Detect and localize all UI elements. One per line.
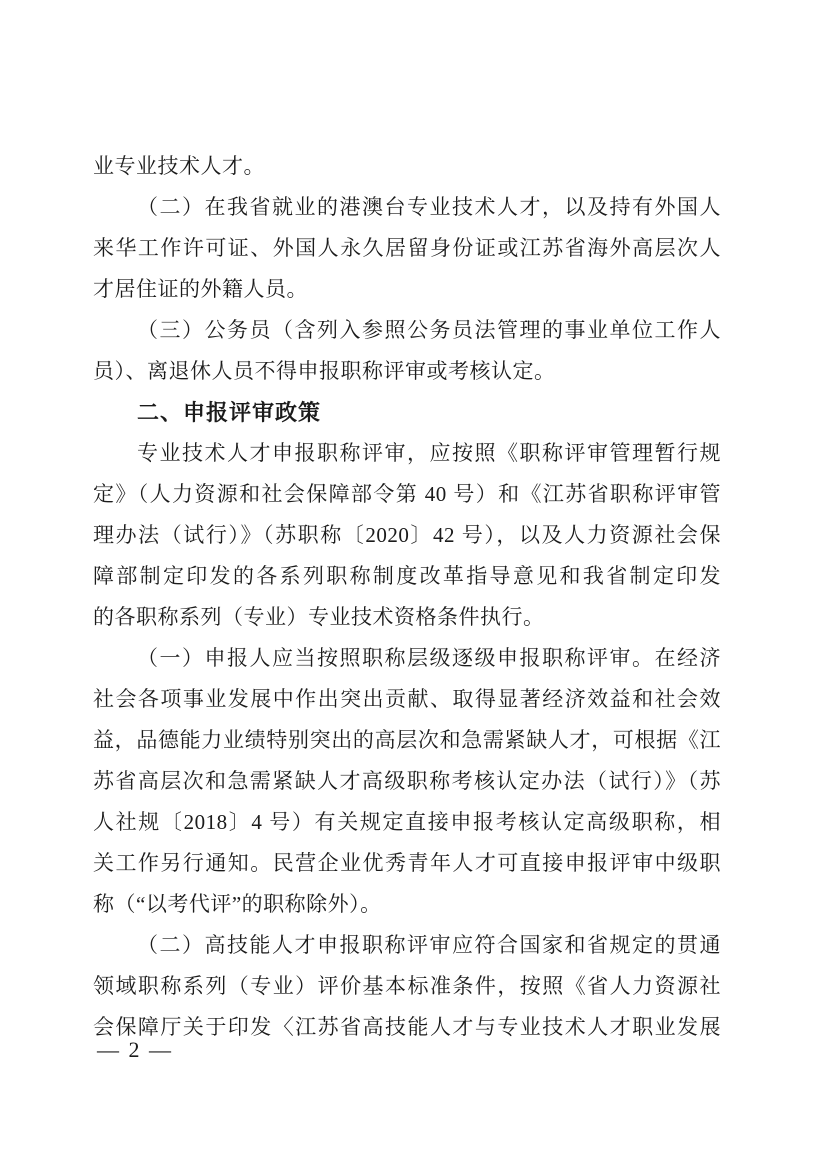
text-line: 社会各项事业发展中作出突出贡献、取得显著经济效益和社会效 <box>93 679 721 720</box>
text-line: 理办法（试行）》（苏职称〔2020〕42 号），以及人力资源社会保 <box>93 515 721 556</box>
text-line: 关工作另行通知。民营企业优秀青年人才可直接申报评审中级职 <box>93 843 721 884</box>
document-page: 业专业技术人才。 （二）在我省就业的港澳台专业技术人才，以及持有外国人 来华工作… <box>0 0 827 1170</box>
text-line: 专业技术人才申报职称评审，应按照《职称评审管理暂行规 <box>93 433 721 474</box>
text-line: 才居住证的外籍人员。 <box>93 269 721 310</box>
text-line: 人社规〔2018〕4 号）有关规定直接申报考核认定高级职称，相 <box>93 802 721 843</box>
text-line: 业专业技术人才。 <box>93 146 721 187</box>
text-line: 来华工作许可证、外国人永久居留身份证或江苏省海外高层次人 <box>93 228 721 269</box>
text-line: 苏省高层次和急需紧缺人才高级职称考核认定办法（试行）》（苏 <box>93 761 721 802</box>
text-line: 益，品德能力业绩特别突出的高层次和急需紧缺人才，可根据《江 <box>93 720 721 761</box>
text-line: （三）公务员（含列入参照公务员法管理的事业单位工作人 <box>93 310 721 351</box>
page-footer: — 2 — <box>97 1033 173 1067</box>
section-heading: 二、申报评审政策 <box>93 392 721 433</box>
text-line: （二）高技能人才申报职称评审应符合国家和省规定的贯通 <box>93 925 721 966</box>
page-number: — 2 — <box>97 1037 173 1062</box>
text-line: 障部制定印发的各系列职称制度改革指导意见和我省制定印发 <box>93 556 721 597</box>
document-body: 业专业技术人才。 （二）在我省就业的港澳台专业技术人才，以及持有外国人 来华工作… <box>93 146 721 1048</box>
text-line: 会保障厅关于印发〈江苏省高技能人才与专业技术人才职业发展 <box>93 1007 721 1048</box>
text-line: 的各职称系列（专业）专业技术资格条件执行。 <box>93 597 721 638</box>
text-line: 员）、离退休人员不得申报职称评审或考核认定。 <box>93 351 721 392</box>
text-line: （二）在我省就业的港澳台专业技术人才，以及持有外国人 <box>93 187 721 228</box>
text-line: 定》（人力资源和社会保障部令第 40 号）和《江苏省职称评审管 <box>93 474 721 515</box>
text-line: 称（“以考代评”的职称除外）。 <box>93 884 721 925</box>
text-line: 领域职称系列（专业）评价基本标准条件，按照《省人力资源社 <box>93 966 721 1007</box>
text-line: （一）申报人应当按照职称层级逐级申报职称评审。在经济 <box>93 638 721 679</box>
